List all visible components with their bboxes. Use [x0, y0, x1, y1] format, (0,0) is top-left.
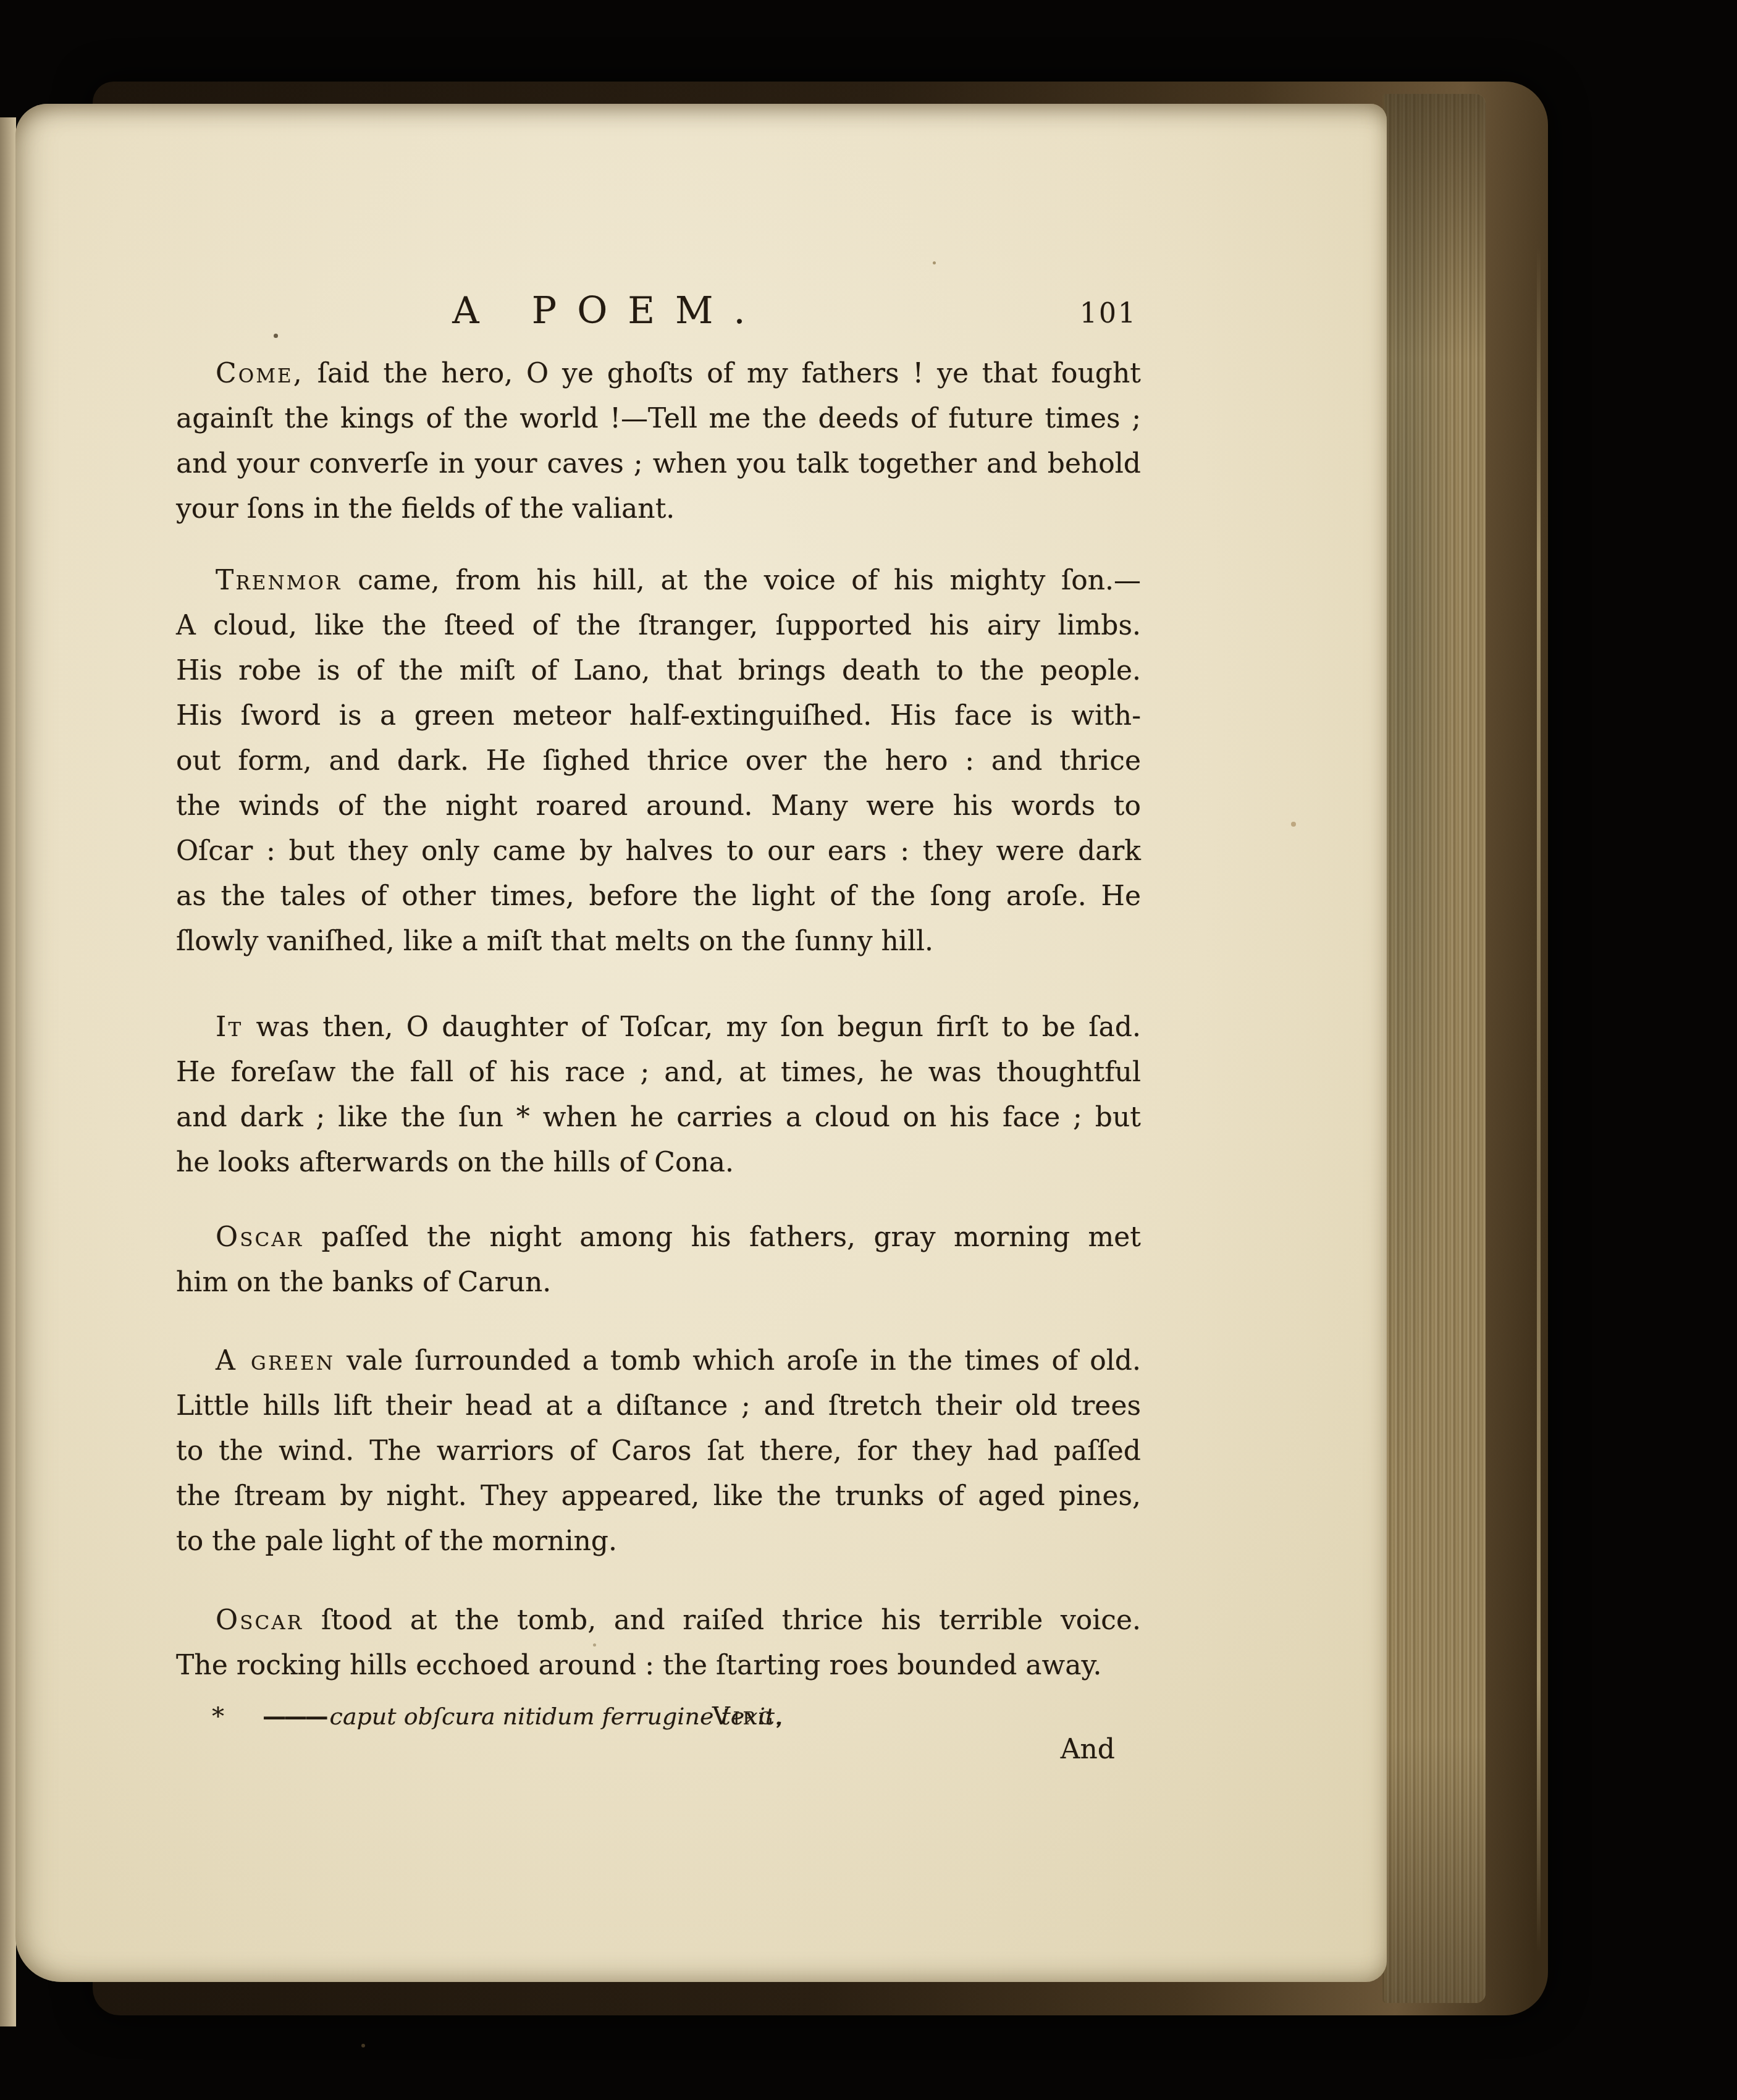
binding-gutter — [0, 117, 16, 2026]
paragraph-line: the ſtream by night. They appeared, like… — [176, 1474, 1141, 1519]
paragraph-line-text: ſtood at the tomb, and raiſed thrice his… — [321, 1605, 1141, 1636]
paragraph-line: His robe is of the miſt of Lano, that br… — [176, 648, 1141, 693]
text-block: A POEM. 101 Come, ſaid the hero, O ye gh… — [176, 104, 1141, 1982]
poem-paragraph: It was then, O daughter of Toſcar, my ſo… — [176, 1005, 1141, 1185]
poem-paragraph: Come, ſaid the hero, O ye ghoſts of my f… — [176, 351, 1141, 531]
poem-paragraph: A green vale ſurrounded a tomb which aro… — [176, 1338, 1141, 1564]
paragraph-lead-word: A green — [216, 1345, 335, 1377]
paragraph-line: Oscar paſſed the night among his fathers… — [176, 1215, 1141, 1260]
footnote: * ———caput obſcura nitidum ferrugine tex… — [176, 1700, 1141, 1732]
paragraph-line: to the wind. The warriors of Caros ſat t… — [176, 1428, 1141, 1474]
cover-edge-highlight — [1537, 247, 1541, 1952]
footnote-dash-rule: ——— — [263, 1702, 326, 1730]
paragraph-line: He foreſaw the fall of his race ; and, a… — [176, 1050, 1141, 1095]
paragraph-line: A green vale ſurrounded a tomb which aro… — [176, 1338, 1141, 1383]
paragraph-line-text: ſaid the hero, O ye ghoſts of my fathers… — [318, 358, 1141, 389]
paragraph-line: him on the banks of Carun. — [176, 1260, 1141, 1305]
paragraph-line: againſt the kings of the world !—Tell me… — [176, 396, 1141, 441]
paper-speckle — [274, 334, 278, 338]
paragraph-line: The rocking hills ecchoed around : the ſ… — [176, 1643, 1141, 1688]
paper-speckle — [361, 2044, 365, 2047]
paragraph-line: your ſons in the fields of the valiant. — [176, 486, 1141, 531]
paragraph-lead-word: Oscar — [216, 1221, 303, 1253]
paragraph-line: out form, and dark. He ſighed thrice ove… — [176, 738, 1141, 783]
paragraph-line: His ſword is a green meteor half-extingu… — [176, 693, 1141, 738]
paragraph-line: Come, ſaid the hero, O ye ghoſts of my f… — [176, 351, 1141, 396]
paragraph-line: ſlowly vaniſhed, like a miſt that melts … — [176, 919, 1141, 964]
footnote-marker: * — [212, 1700, 224, 1732]
paragraph-lead-word: Oscar — [216, 1605, 303, 1636]
paragraph-line: Trenmor came, from his hill, at the voic… — [176, 558, 1141, 603]
paragraph-lead-word: It — [216, 1011, 243, 1043]
paragraph-line: Little hills lift their head at a diſtan… — [176, 1383, 1141, 1428]
book-fore-edge-pages — [1382, 94, 1486, 2003]
paragraph-line: A cloud, like the ſteed of the ſtranger,… — [176, 603, 1141, 648]
paper-speckle — [933, 261, 936, 264]
paper-speckle — [593, 1643, 596, 1647]
paragraph-line: the winds of the night roared around. Ma… — [176, 783, 1141, 829]
paragraph-line: Oscar ſtood at the tomb, and raiſed thri… — [176, 1598, 1141, 1643]
paragraph-line-text: paſſed the night among his fathers, gray… — [322, 1221, 1141, 1253]
poem-paragraph: Oscar ſtood at the tomb, and raiſed thri… — [176, 1598, 1141, 1688]
paragraph-line: to the pale light of the morning. — [176, 1519, 1141, 1564]
footnote-attribution: Virg, — [712, 1700, 786, 1732]
paragraph-line: Oſcar : but they only came by halves to … — [176, 829, 1141, 874]
paragraph-line-text: was then, O daughter of Toſcar, my ſon b… — [256, 1011, 1141, 1043]
catchword: And — [1061, 1734, 1115, 1765]
book-page: A POEM. 101 Come, ſaid the hero, O ye gh… — [15, 104, 1387, 1982]
paragraph-line: as the tales of other times, before the … — [176, 874, 1141, 919]
poem-paragraph: Trenmor came, from his hill, at the voic… — [176, 558, 1141, 964]
paragraph-line-text: vale ſurrounded a tomb which aroſe in th… — [347, 1345, 1141, 1377]
paper-speckle — [1291, 822, 1296, 827]
poem-title: A POEM. — [452, 289, 765, 332]
paragraph-line: he looks afterwards on the hills of Cona… — [176, 1140, 1141, 1185]
paragraph-line: and dark ; like the ſun * when he carrie… — [176, 1095, 1141, 1140]
paragraph-lead-word: Come, — [216, 358, 304, 389]
paragraph-line: and your converſe in your caves ; when y… — [176, 441, 1141, 486]
page-header: A POEM. 101 — [176, 289, 1141, 345]
paragraph-line: It was then, O daughter of Toſcar, my ſo… — [176, 1005, 1141, 1050]
poem-paragraph: Oscar paſſed the night among his fathers… — [176, 1215, 1141, 1305]
page-number: 101 — [1080, 298, 1137, 329]
paragraph-line-text: came, from his hill, at the voice of his… — [358, 565, 1141, 596]
poem-paragraphs: Come, ſaid the hero, O ye ghoſts of my f… — [176, 351, 1141, 1688]
paragraph-lead-word: Trenmor — [216, 565, 342, 596]
